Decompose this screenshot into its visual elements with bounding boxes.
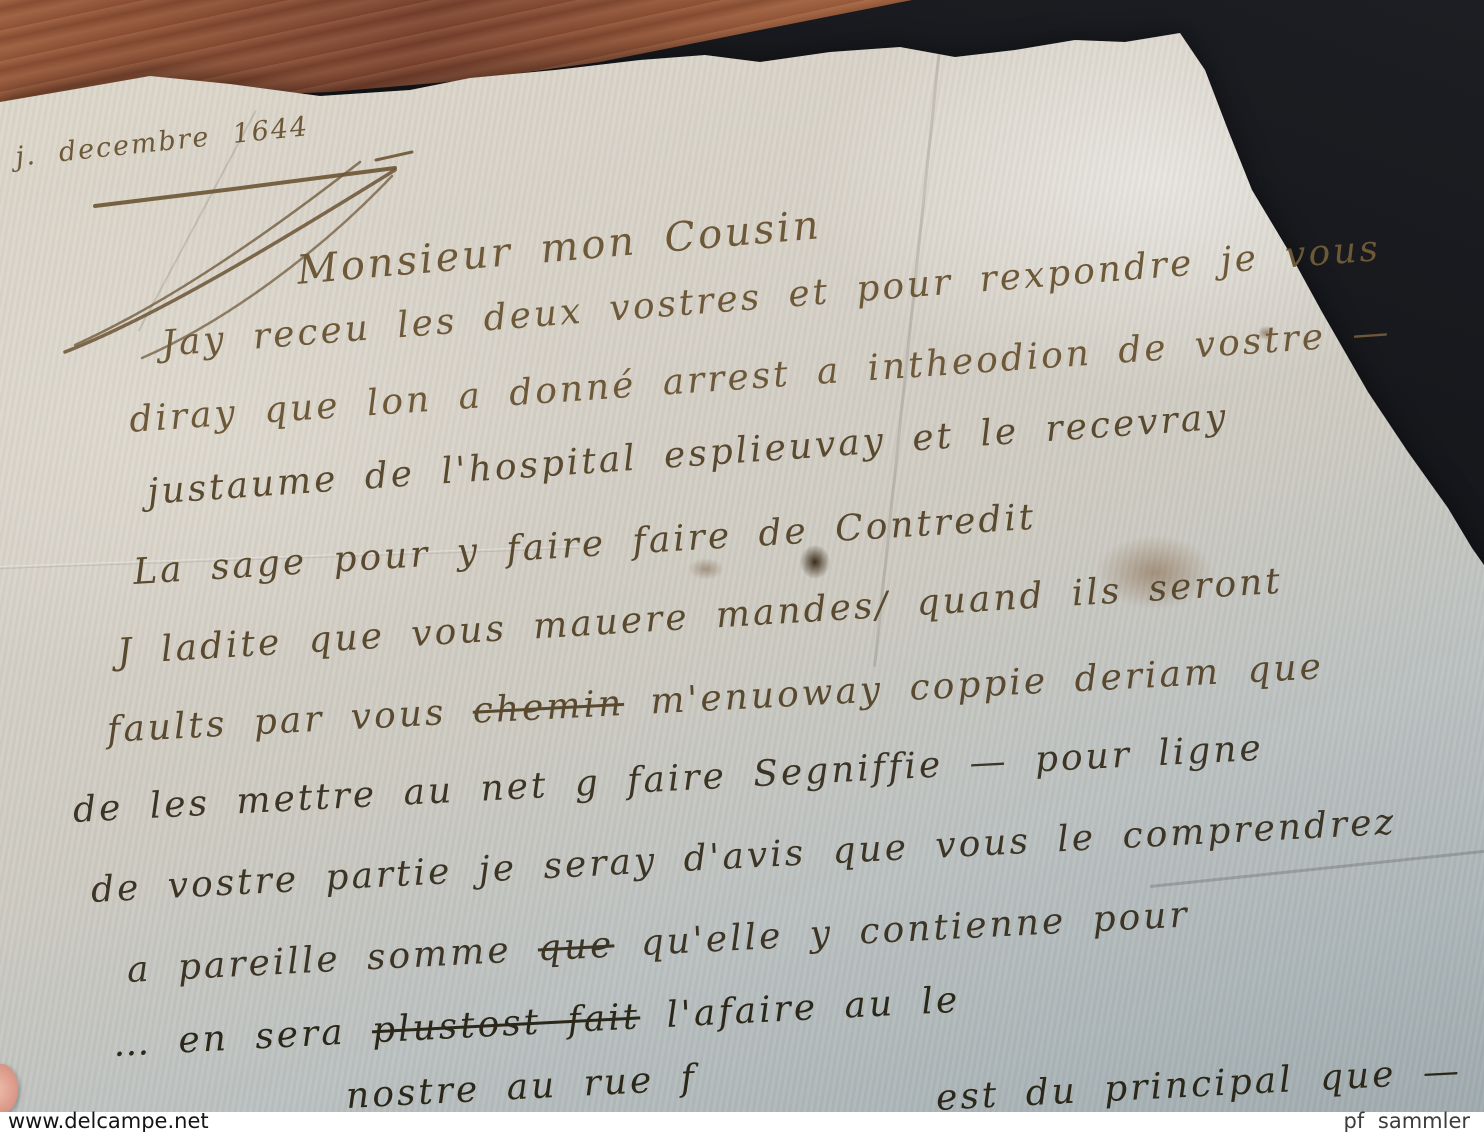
paper-stain: [688, 558, 724, 580]
delcampe-watermark: www.delcampe.net: [8, 1110, 209, 1132]
photo-of-manuscript-letter: j. decembre 1644 Monsieur mon Cousin Jay…: [0, 0, 1484, 1132]
struck-word: chemin: [472, 683, 625, 732]
struck-word: que: [537, 924, 616, 969]
pf-sammler-watermark: pf sammler: [1343, 1110, 1470, 1132]
watermark-strip: www.delcampe.net pf sammler: [0, 1112, 1484, 1132]
paper-crease: [1150, 847, 1484, 888]
